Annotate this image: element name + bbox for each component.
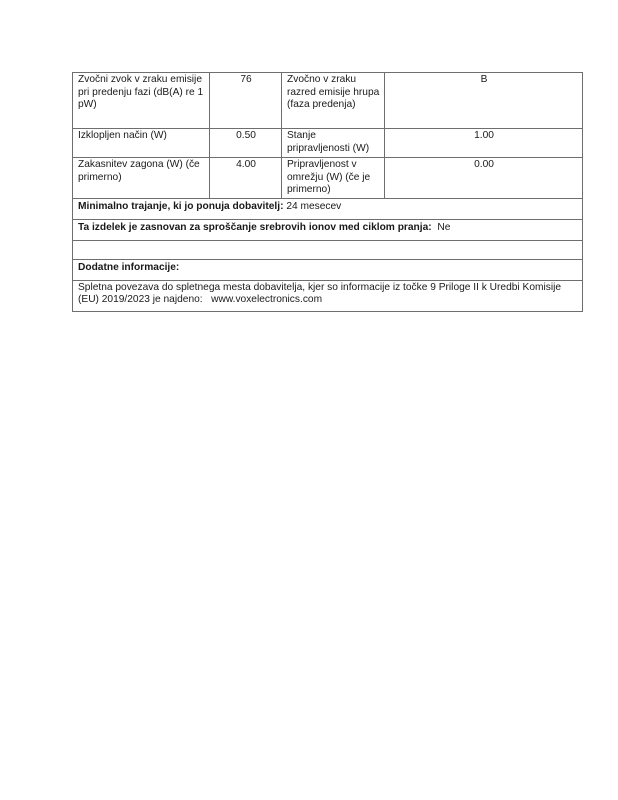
silver-ions-label: Ta izdelek je zasnovan za sproščanje sre… (78, 222, 432, 233)
standby-value: 1.00 (385, 129, 583, 158)
standby-label: Stanje pripravljenosti (W) (282, 129, 385, 158)
min-duration-label: Minimalno trajanje, ki jo ponuja dobavit… (78, 201, 283, 212)
off-mode-value: 0.50 (210, 129, 282, 158)
document-page: Zvočni zvok v zraku emisije pri predenju… (0, 0, 618, 800)
silver-ions-value: Ne (437, 222, 450, 233)
table-row: Spletna povezava do spletnega mesta doba… (73, 280, 583, 311)
noise-class-label: Zvočno v zraku razred emisije hrupa (faz… (282, 73, 385, 129)
table-row: Ta izdelek je zasnovan za sproščanje sre… (73, 219, 583, 240)
noise-class-value: B (385, 73, 583, 129)
empty-cell (73, 240, 583, 259)
noise-emission-value: 76 (210, 73, 282, 129)
delay-start-value: 4.00 (210, 158, 282, 199)
supplier-website-link[interactable]: www.voxelectronics.com (211, 294, 322, 305)
additional-info-cell: Spletna povezava do spletnega mesta doba… (73, 280, 583, 311)
product-info-table: Zvočni zvok v zraku emisije pri predenju… (72, 72, 583, 312)
noise-emission-label: Zvočni zvok v zraku emisije pri predenju… (73, 73, 210, 129)
table-row: Dodatne informacije: (73, 259, 583, 280)
table-row: Minimalno trajanje, ki jo ponuja dobavit… (73, 198, 583, 219)
min-duration-cell: Minimalno trajanje, ki jo ponuja dobavit… (73, 198, 583, 219)
min-duration-value: 24 mesecev (286, 201, 341, 212)
networked-standby-value: 0.00 (385, 158, 583, 199)
table-row (73, 240, 583, 259)
delay-start-label: Zakasnitev zagona (W) (če primerno) (73, 158, 210, 199)
networked-standby-label: Pripravljenost v omrežju (W) (če je prim… (282, 158, 385, 199)
additional-info-heading: Dodatne informacije: (73, 259, 583, 280)
silver-ions-cell: Ta izdelek je zasnovan za sproščanje sre… (73, 219, 583, 240)
table-row: Zakasnitev zagona (W) (če primerno) 4.00… (73, 158, 583, 199)
off-mode-label: Izklopljen način (W) (73, 129, 210, 158)
table-row: Zvočni zvok v zraku emisije pri predenju… (73, 73, 583, 129)
table-row: Izklopljen način (W) 0.50 Stanje priprav… (73, 129, 583, 158)
